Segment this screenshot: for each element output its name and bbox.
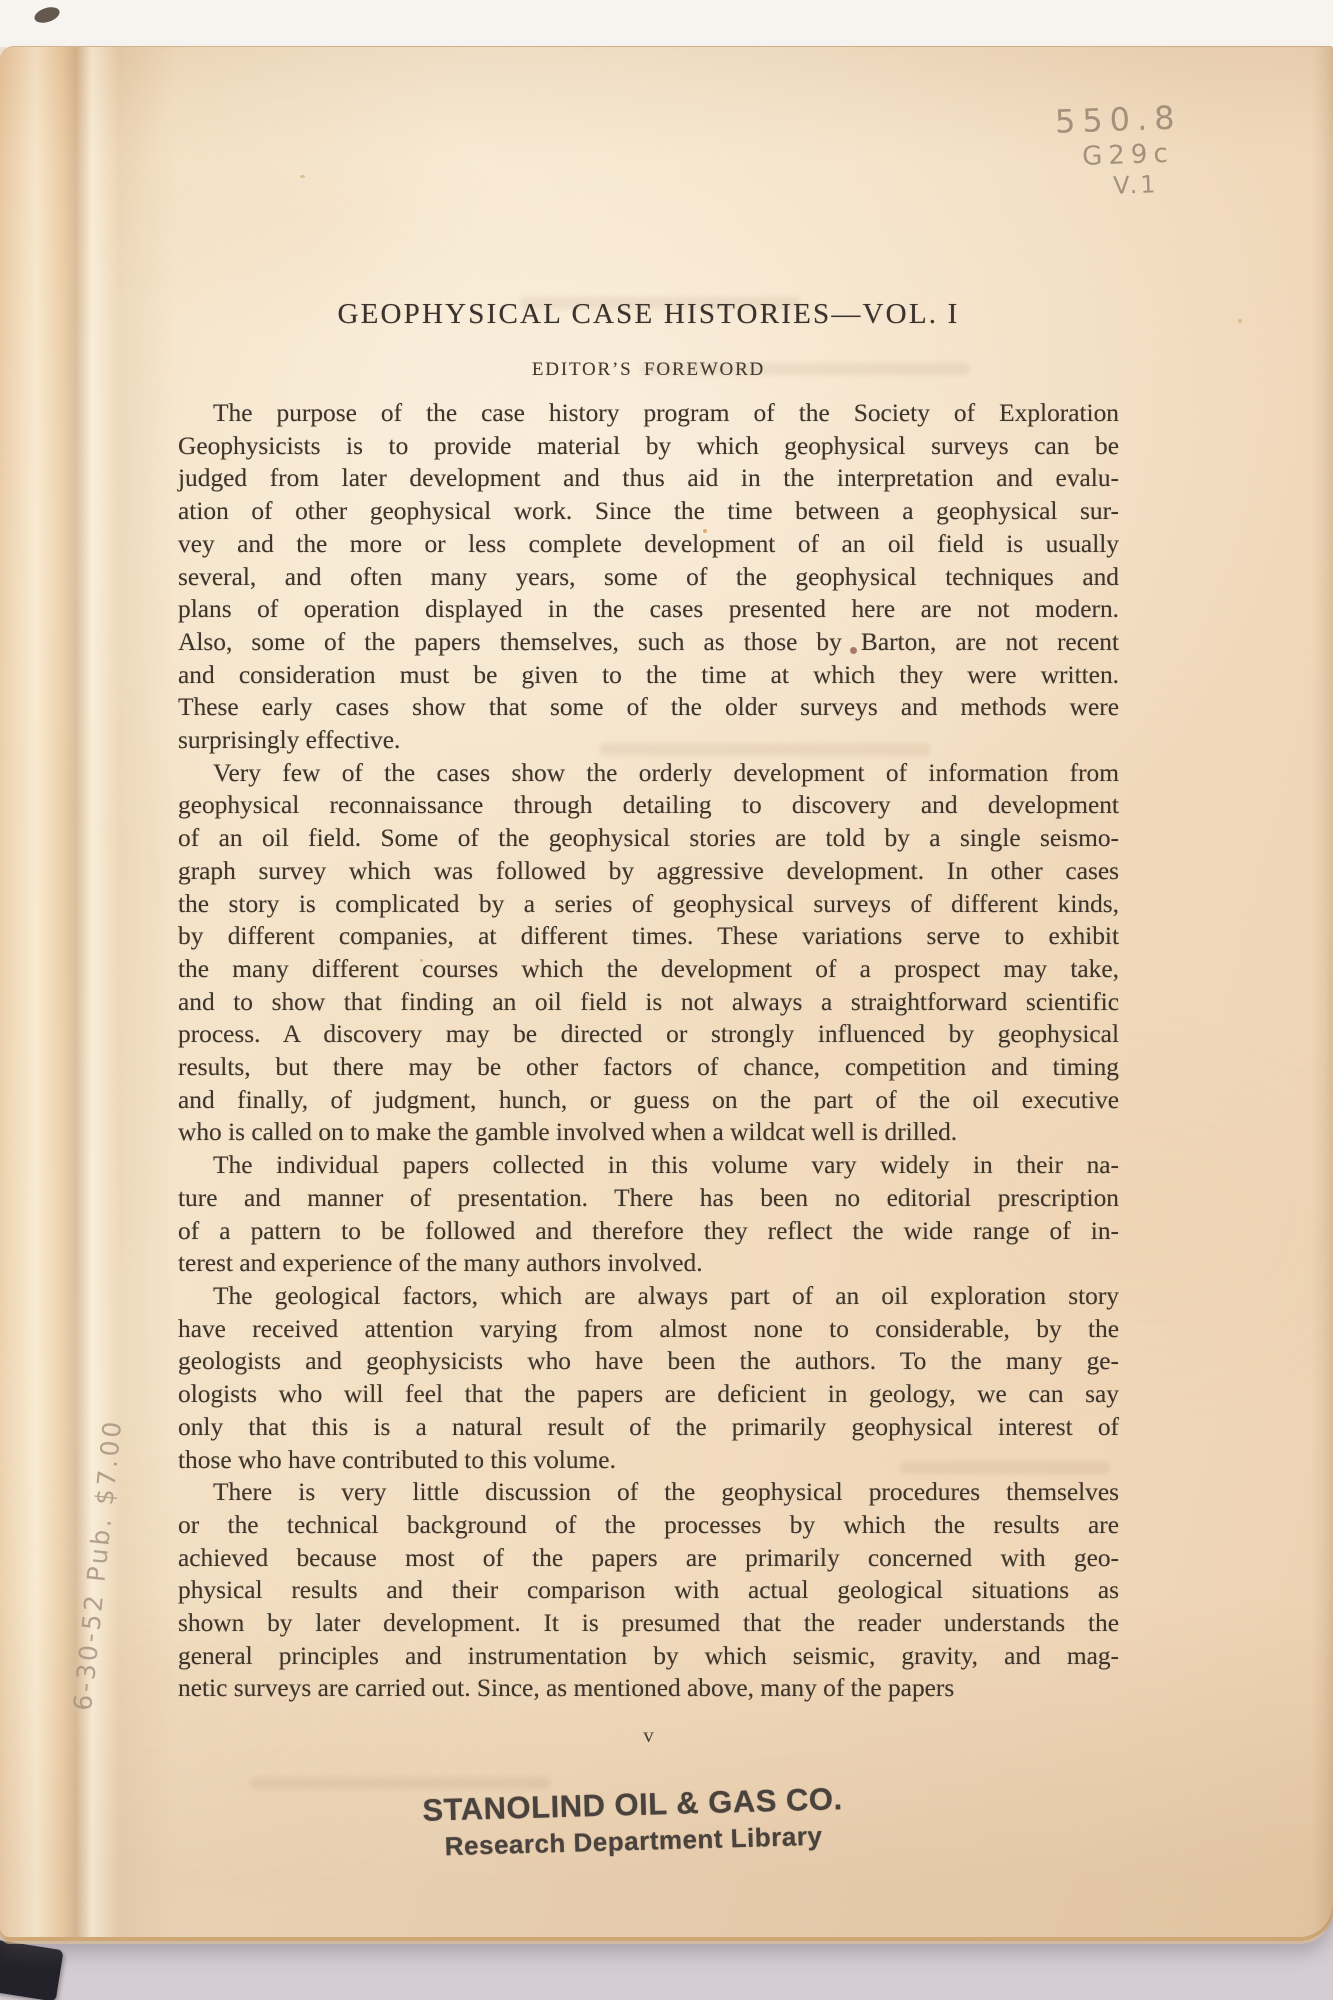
text-line: There is very little discussion of the g… xyxy=(178,1476,1119,1509)
text-line: achieved because most of the papers are … xyxy=(178,1542,1119,1575)
text-line: results, but there may be other factors … xyxy=(178,1051,1119,1084)
text-line: only that this is a natural result of th… xyxy=(178,1411,1119,1444)
text-line: judged from later development and thus a… xyxy=(178,462,1119,495)
book-photo: 550.8 G29c V.1 GEOPHYSICAL CASE HISTORIE… xyxy=(0,0,1333,2000)
text-line: of a pattern to be followed and therefor… xyxy=(178,1215,1119,1248)
book-board-corner-bottom xyxy=(0,1938,64,2000)
text-line: The purpose of the case history program … xyxy=(178,397,1119,430)
show-through xyxy=(250,1777,550,1789)
book-board-corner-top xyxy=(32,4,61,25)
text-line: graph survey which was followed by aggre… xyxy=(178,855,1119,888)
paragraph: There is very little discussion of the g… xyxy=(178,1476,1119,1705)
paper-speck xyxy=(1238,319,1242,323)
text-line: shown by later development. It is presum… xyxy=(178,1607,1119,1640)
text-line: The geological factors, which are always… xyxy=(178,1280,1119,1313)
text-line: those who have contributed to this volum… xyxy=(178,1444,1119,1477)
text-line: surprisingly effective. xyxy=(178,724,1119,757)
book-page: 550.8 G29c V.1 GEOPHYSICAL CASE HISTORIE… xyxy=(0,46,1333,1937)
text-line: terest and experience of the many author… xyxy=(178,1247,1119,1280)
page-fore-edge xyxy=(1311,47,1333,1937)
text-line: general principles and instrumentation b… xyxy=(178,1640,1119,1673)
pencil-call-number: 550.8 G29c V.1 xyxy=(1054,97,1217,202)
text-line: process. A discovery may be directed or … xyxy=(178,1018,1119,1051)
text-line: ture and manner of presentation. There h… xyxy=(178,1182,1119,1215)
paragraph: The geological factors, which are always… xyxy=(178,1280,1119,1476)
text-line: ologists who will feel that the papers a… xyxy=(178,1378,1119,1411)
text-line: and consideration must be given to the t… xyxy=(178,659,1119,692)
text-line: or the technical background of the proce… xyxy=(178,1509,1119,1542)
library-stamp: STANOLIND OIL & GAS CO. Research Departm… xyxy=(407,1781,859,1864)
text-line: geologists and geophysicists who have be… xyxy=(178,1345,1119,1378)
text-line: Very few of the cases show the orderly d… xyxy=(178,757,1119,790)
text-line: the story is complicated by a series of … xyxy=(178,888,1119,921)
text-line: Also, some of the papers themselves, suc… xyxy=(178,626,1119,659)
call-number-line: 550.8 xyxy=(1054,97,1215,141)
text-line: physical results and their comparison wi… xyxy=(178,1574,1119,1607)
paragraph: The purpose of the case history program … xyxy=(178,397,1119,757)
paper-speck xyxy=(300,175,305,178)
paragraph: The individual papers collected in this … xyxy=(178,1149,1119,1280)
text-line: Geophysicists is to provide material by … xyxy=(178,430,1119,463)
text-line: by different companies, at different tim… xyxy=(178,920,1119,953)
text-line: The individual papers collected in this … xyxy=(178,1149,1119,1182)
text-line: have received attention varying from alm… xyxy=(178,1313,1119,1346)
text-line: of an oil field. Some of the geophysical… xyxy=(178,822,1119,855)
page-title: GEOPHYSICAL CASE HISTORIES—VOL. I xyxy=(178,298,1119,331)
section-heading: EDITOR’S FOREWORD xyxy=(178,359,1119,381)
text-line: the many different courses which the dev… xyxy=(178,953,1119,986)
page-number: v xyxy=(178,1723,1119,1748)
text-line: plans of operation displayed in the case… xyxy=(178,593,1119,626)
text-line: several, and often many years, some of t… xyxy=(178,561,1119,594)
text-line: and to show that finding an oil field is… xyxy=(178,986,1119,1019)
text-line: who is called on to make the gamble invo… xyxy=(178,1116,1119,1149)
text-line: geophysical reconnaissance through detai… xyxy=(178,789,1119,822)
paragraph: Very few of the cases show the orderly d… xyxy=(178,757,1119,1149)
margin-note-text: 6-30-52 Pub. $7.00 xyxy=(68,1417,128,1712)
call-number-line: G29c xyxy=(1082,137,1217,172)
call-number-line: V.1 xyxy=(1113,168,1218,200)
text-line: vey and the more or less complete develo… xyxy=(178,528,1119,561)
body-text: The purpose of the case history program … xyxy=(178,397,1119,1705)
text-line: and finally, of judgment, hunch, or gues… xyxy=(178,1084,1119,1117)
text-line: These early cases show that some of the … xyxy=(178,691,1119,724)
text-line: ation of other geophysical work. Since t… xyxy=(178,495,1119,528)
text-line: netic surveys are carried out. Since, as… xyxy=(178,1672,1119,1705)
